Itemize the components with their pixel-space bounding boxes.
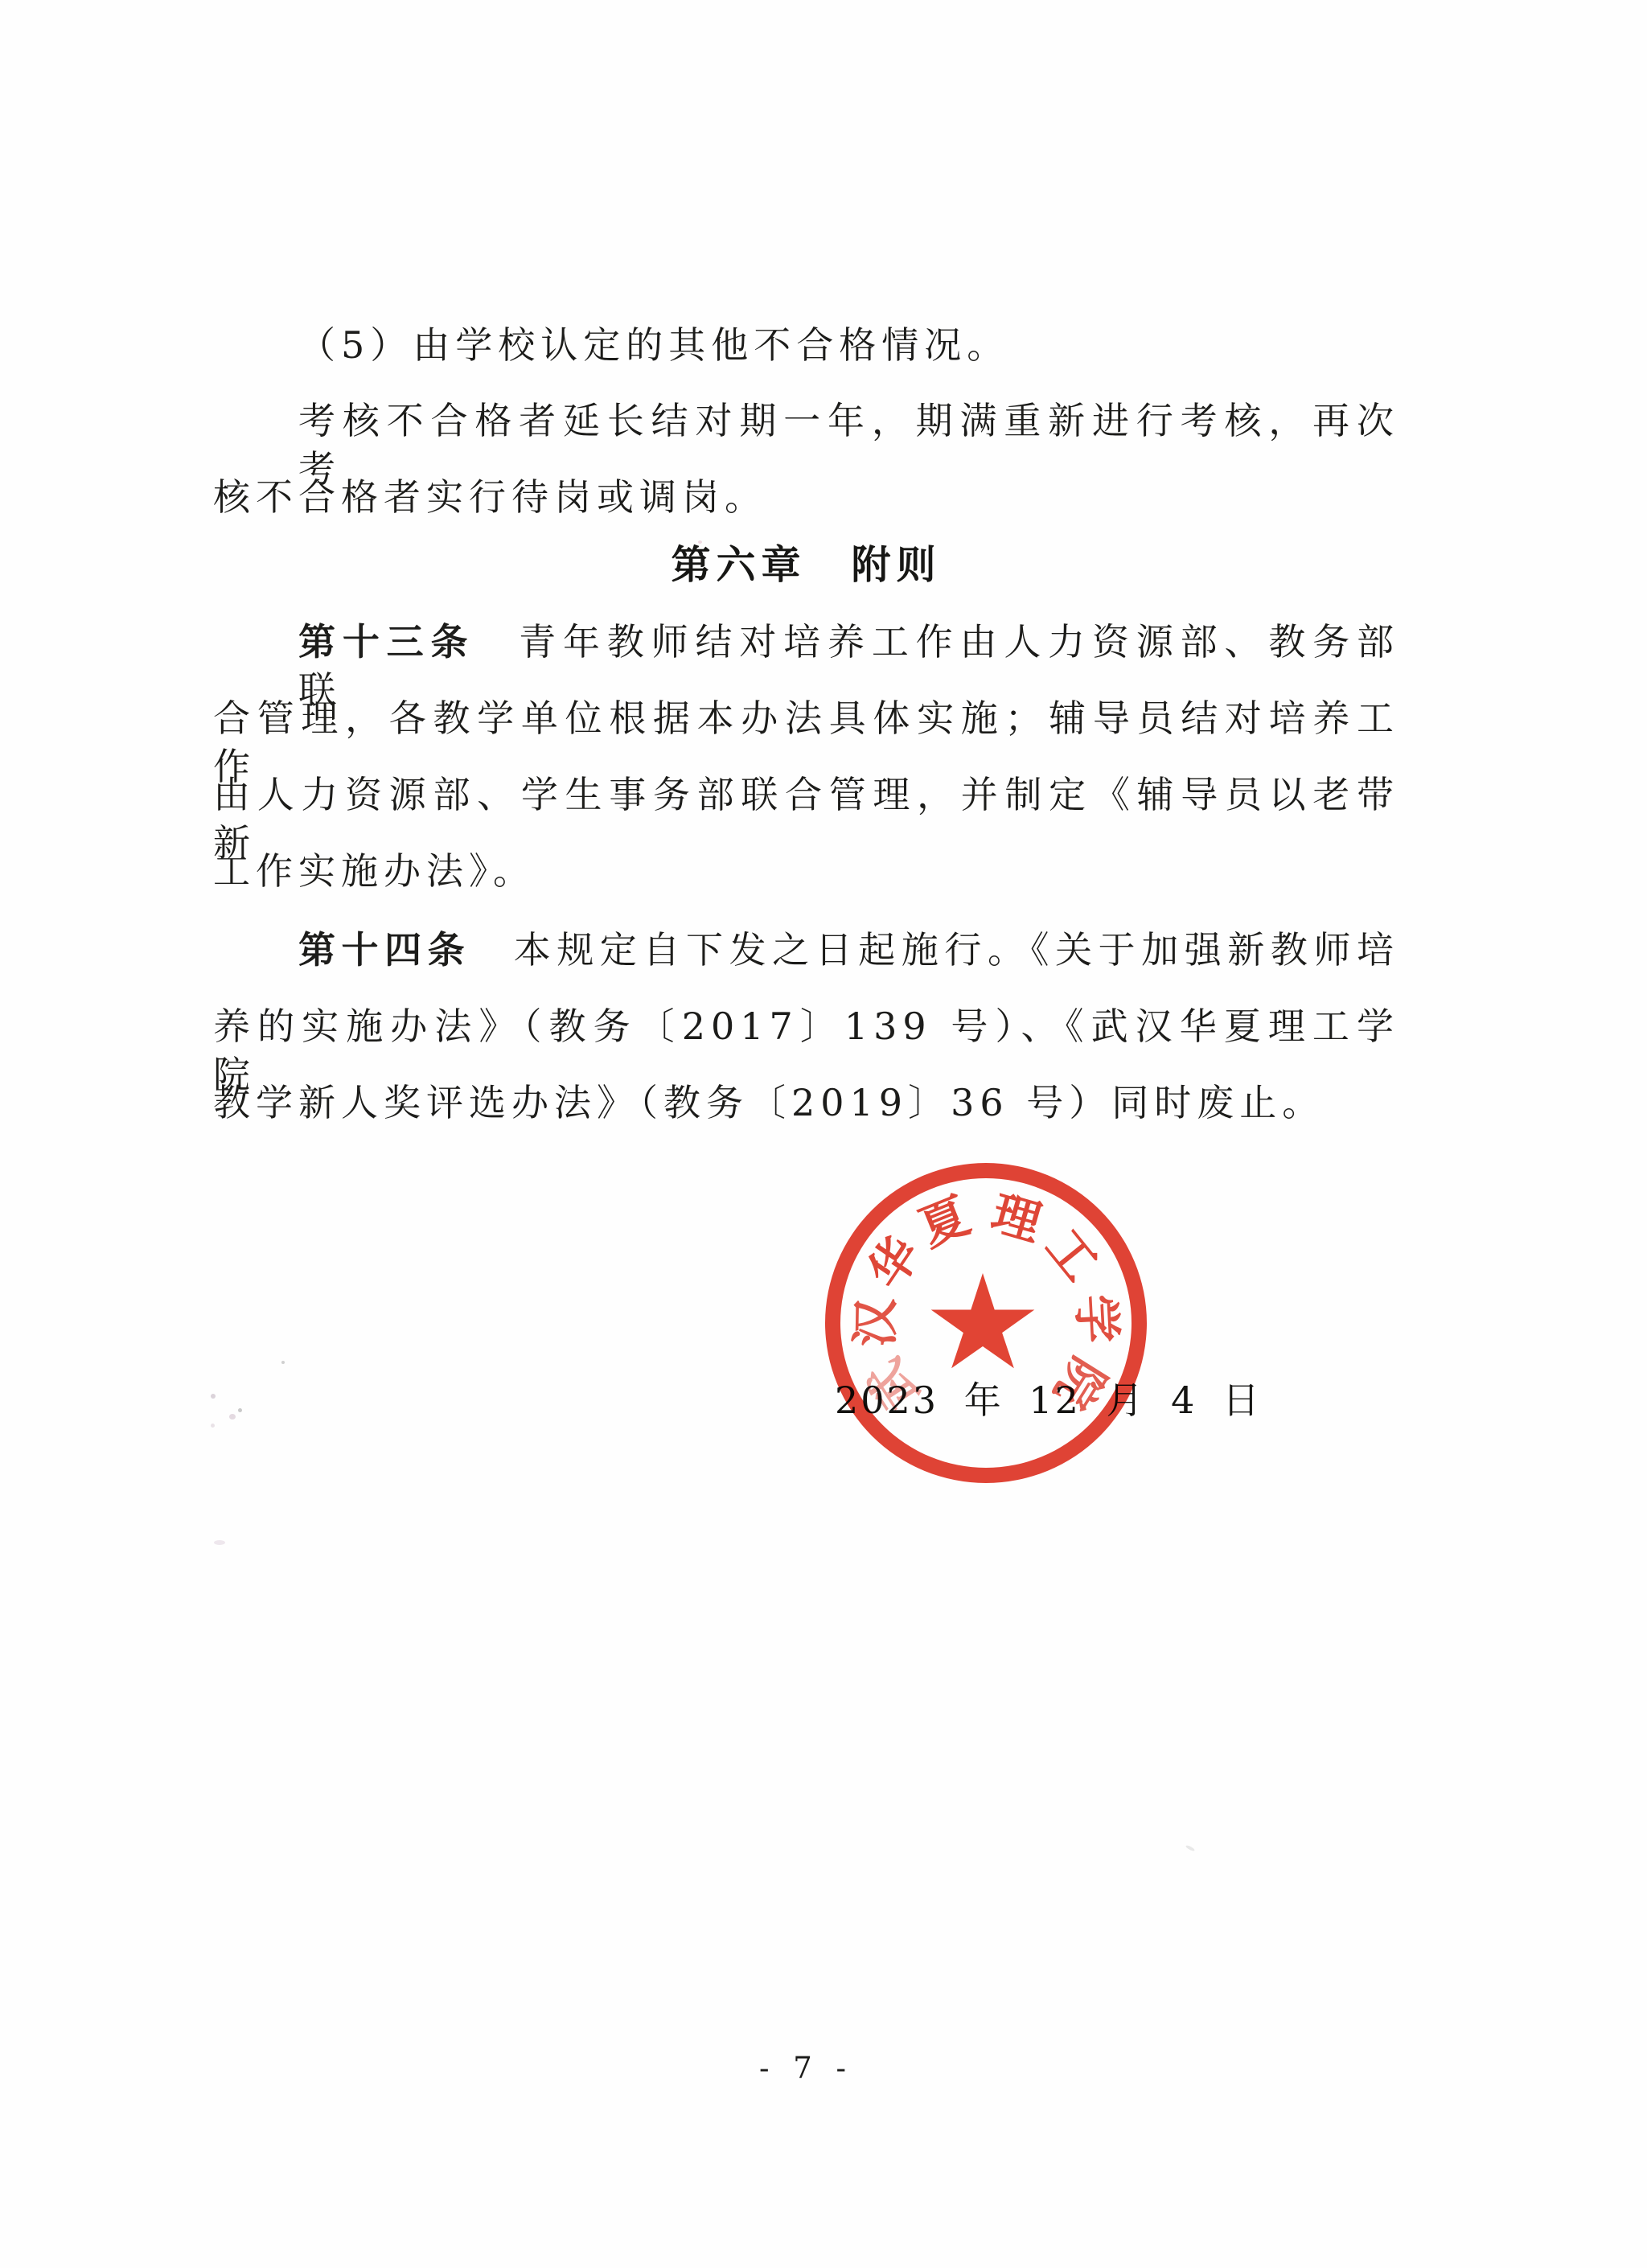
article13-label: 第十三条 bbox=[298, 620, 474, 664]
chapter-heading: 第六章 附则 bbox=[213, 540, 1399, 590]
article14-label: 第十四条 bbox=[298, 928, 470, 972]
line-text: 工作实施办法》。 bbox=[213, 849, 536, 893]
seal-char: 汉 bbox=[848, 1296, 902, 1350]
body-line-assessment-1: 考核不合格者延长结对期一年，期满重新进行考核，再次考 bbox=[213, 396, 1399, 446]
scan-speckle bbox=[211, 1394, 216, 1399]
document-page: （5）由学校认定的其他不合格情况。 考核不合格者延长结对期一年，期满重新进行考核… bbox=[0, 0, 1647, 2268]
page-number: - 7 - bbox=[213, 2051, 1399, 2085]
body-line-article14-2: 养的实施办法》（教务〔2017〕139 号）、《武汉华夏理工学院 bbox=[213, 1002, 1399, 1052]
issue-date: 2023 年 12 月 4 日 bbox=[835, 1378, 1262, 1422]
body-line-article13-2: 合管理，各教学单位根据本办法具体实施；辅导员结对培养工作 bbox=[213, 694, 1399, 744]
seal-char: 学 bbox=[1068, 1291, 1123, 1346]
body-line-article13-1: 第十三条 青年教师结对培养工作由人力资源部、教务部联 bbox=[213, 618, 1399, 668]
body-line-article13-3: 由人力资源部、学生事务部联合管理，并制定《辅导员以老带新 bbox=[213, 770, 1399, 820]
body-line-article14-1: 第十四条 本规定自下发之日起施行。《关于加强新教师培 bbox=[213, 926, 1399, 976]
body-line-item5: （5）由学校认定的其他不合格情况。 bbox=[213, 321, 1399, 371]
scan-speckle bbox=[211, 1424, 215, 1428]
line-text: 核不合格者实行待岗或调岗。 bbox=[213, 475, 767, 519]
official-seal: 武 汉 华 夏 理 工 学 院 bbox=[825, 1163, 1147, 1483]
scan-speckle bbox=[281, 1361, 285, 1364]
line-text: 本规定自下发之日起施行。《关于加强新教师培 bbox=[470, 928, 1399, 972]
scan-speckle bbox=[229, 1414, 236, 1420]
scan-speckle bbox=[698, 540, 702, 544]
line-text: （5）由学校认定的其他不合格情况。 bbox=[298, 323, 1009, 367]
scan-speckle bbox=[214, 1540, 225, 1545]
body-line-assessment-2: 核不合格者实行待岗或调岗。 bbox=[213, 473, 1399, 523]
body-line-article14-3: 教学新人奖评选办法》（教务〔2019〕36 号）同时废止。 bbox=[213, 1079, 1399, 1128]
line-text: 教学新人奖评选办法》（教务〔2019〕36 号）同时废止。 bbox=[213, 1081, 1325, 1124]
scan-speckle bbox=[1185, 1844, 1195, 1851]
scan-speckle bbox=[238, 1408, 242, 1412]
body-line-article13-4: 工作实施办法》。 bbox=[213, 847, 1399, 897]
